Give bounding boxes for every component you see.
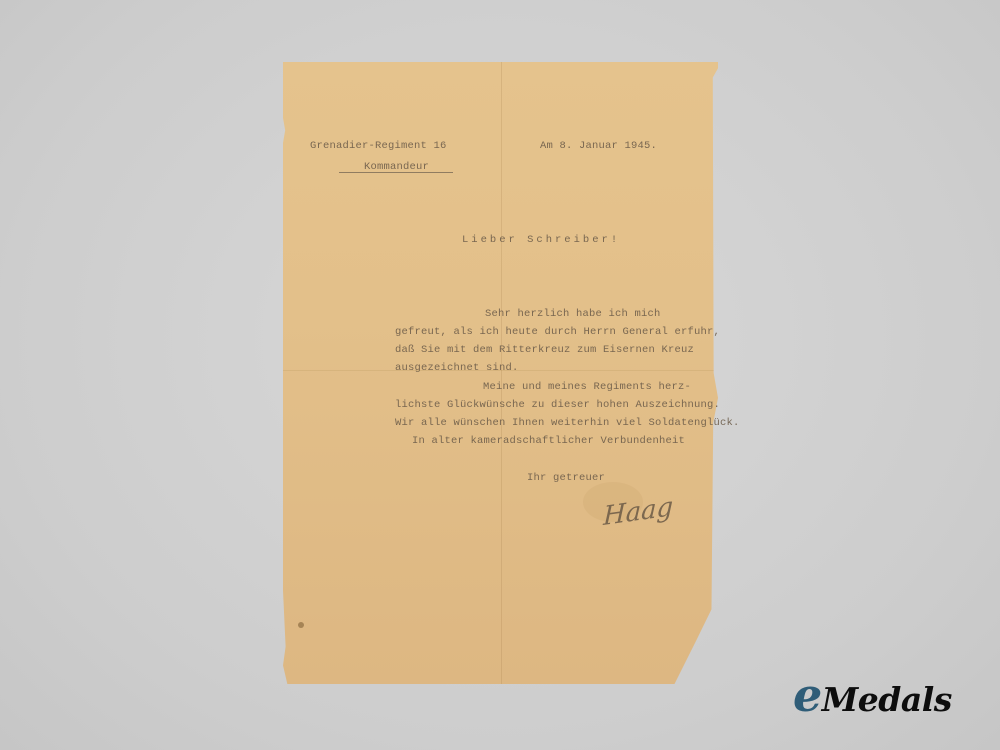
logo-text: Medals — [822, 680, 952, 719]
ink-spot — [298, 622, 304, 628]
regiment-header: Grenadier-Regiment 16 — [310, 140, 447, 152]
closing: Ihr getreuer — [527, 472, 605, 484]
letter-date: Am 8. Januar 1945. — [540, 140, 657, 152]
salutation: Lieber Schreiber! — [462, 234, 620, 246]
emedals-logo: eMedals — [793, 672, 952, 719]
body-line-1: Sehr herzlich habe ich mich — [485, 308, 661, 320]
body-line-2: gefreut, als ich heute durch Herrn Gener… — [395, 326, 720, 338]
body-line-5: Meine und meines Regiments herz- — [483, 381, 691, 393]
body-line-8: In alter kameradschaftlicher Verbundenhe… — [412, 435, 685, 447]
body-line-4: ausgezeichnet sind. — [395, 362, 519, 374]
body-line-6: lichste Glückwünsche zu dieser hohen Aus… — [395, 399, 720, 411]
photo-background: Grenadier-Regiment 16 Kommandeur Am 8. J… — [0, 0, 1000, 750]
logo-prefix: e — [793, 668, 822, 722]
header-underline — [339, 172, 453, 173]
body-line-7: Wir alle wünschen Ihnen weiterhin viel S… — [395, 417, 740, 429]
body-line-3: daß Sie mit dem Ritterkreuz zum Eisernen… — [395, 344, 694, 356]
